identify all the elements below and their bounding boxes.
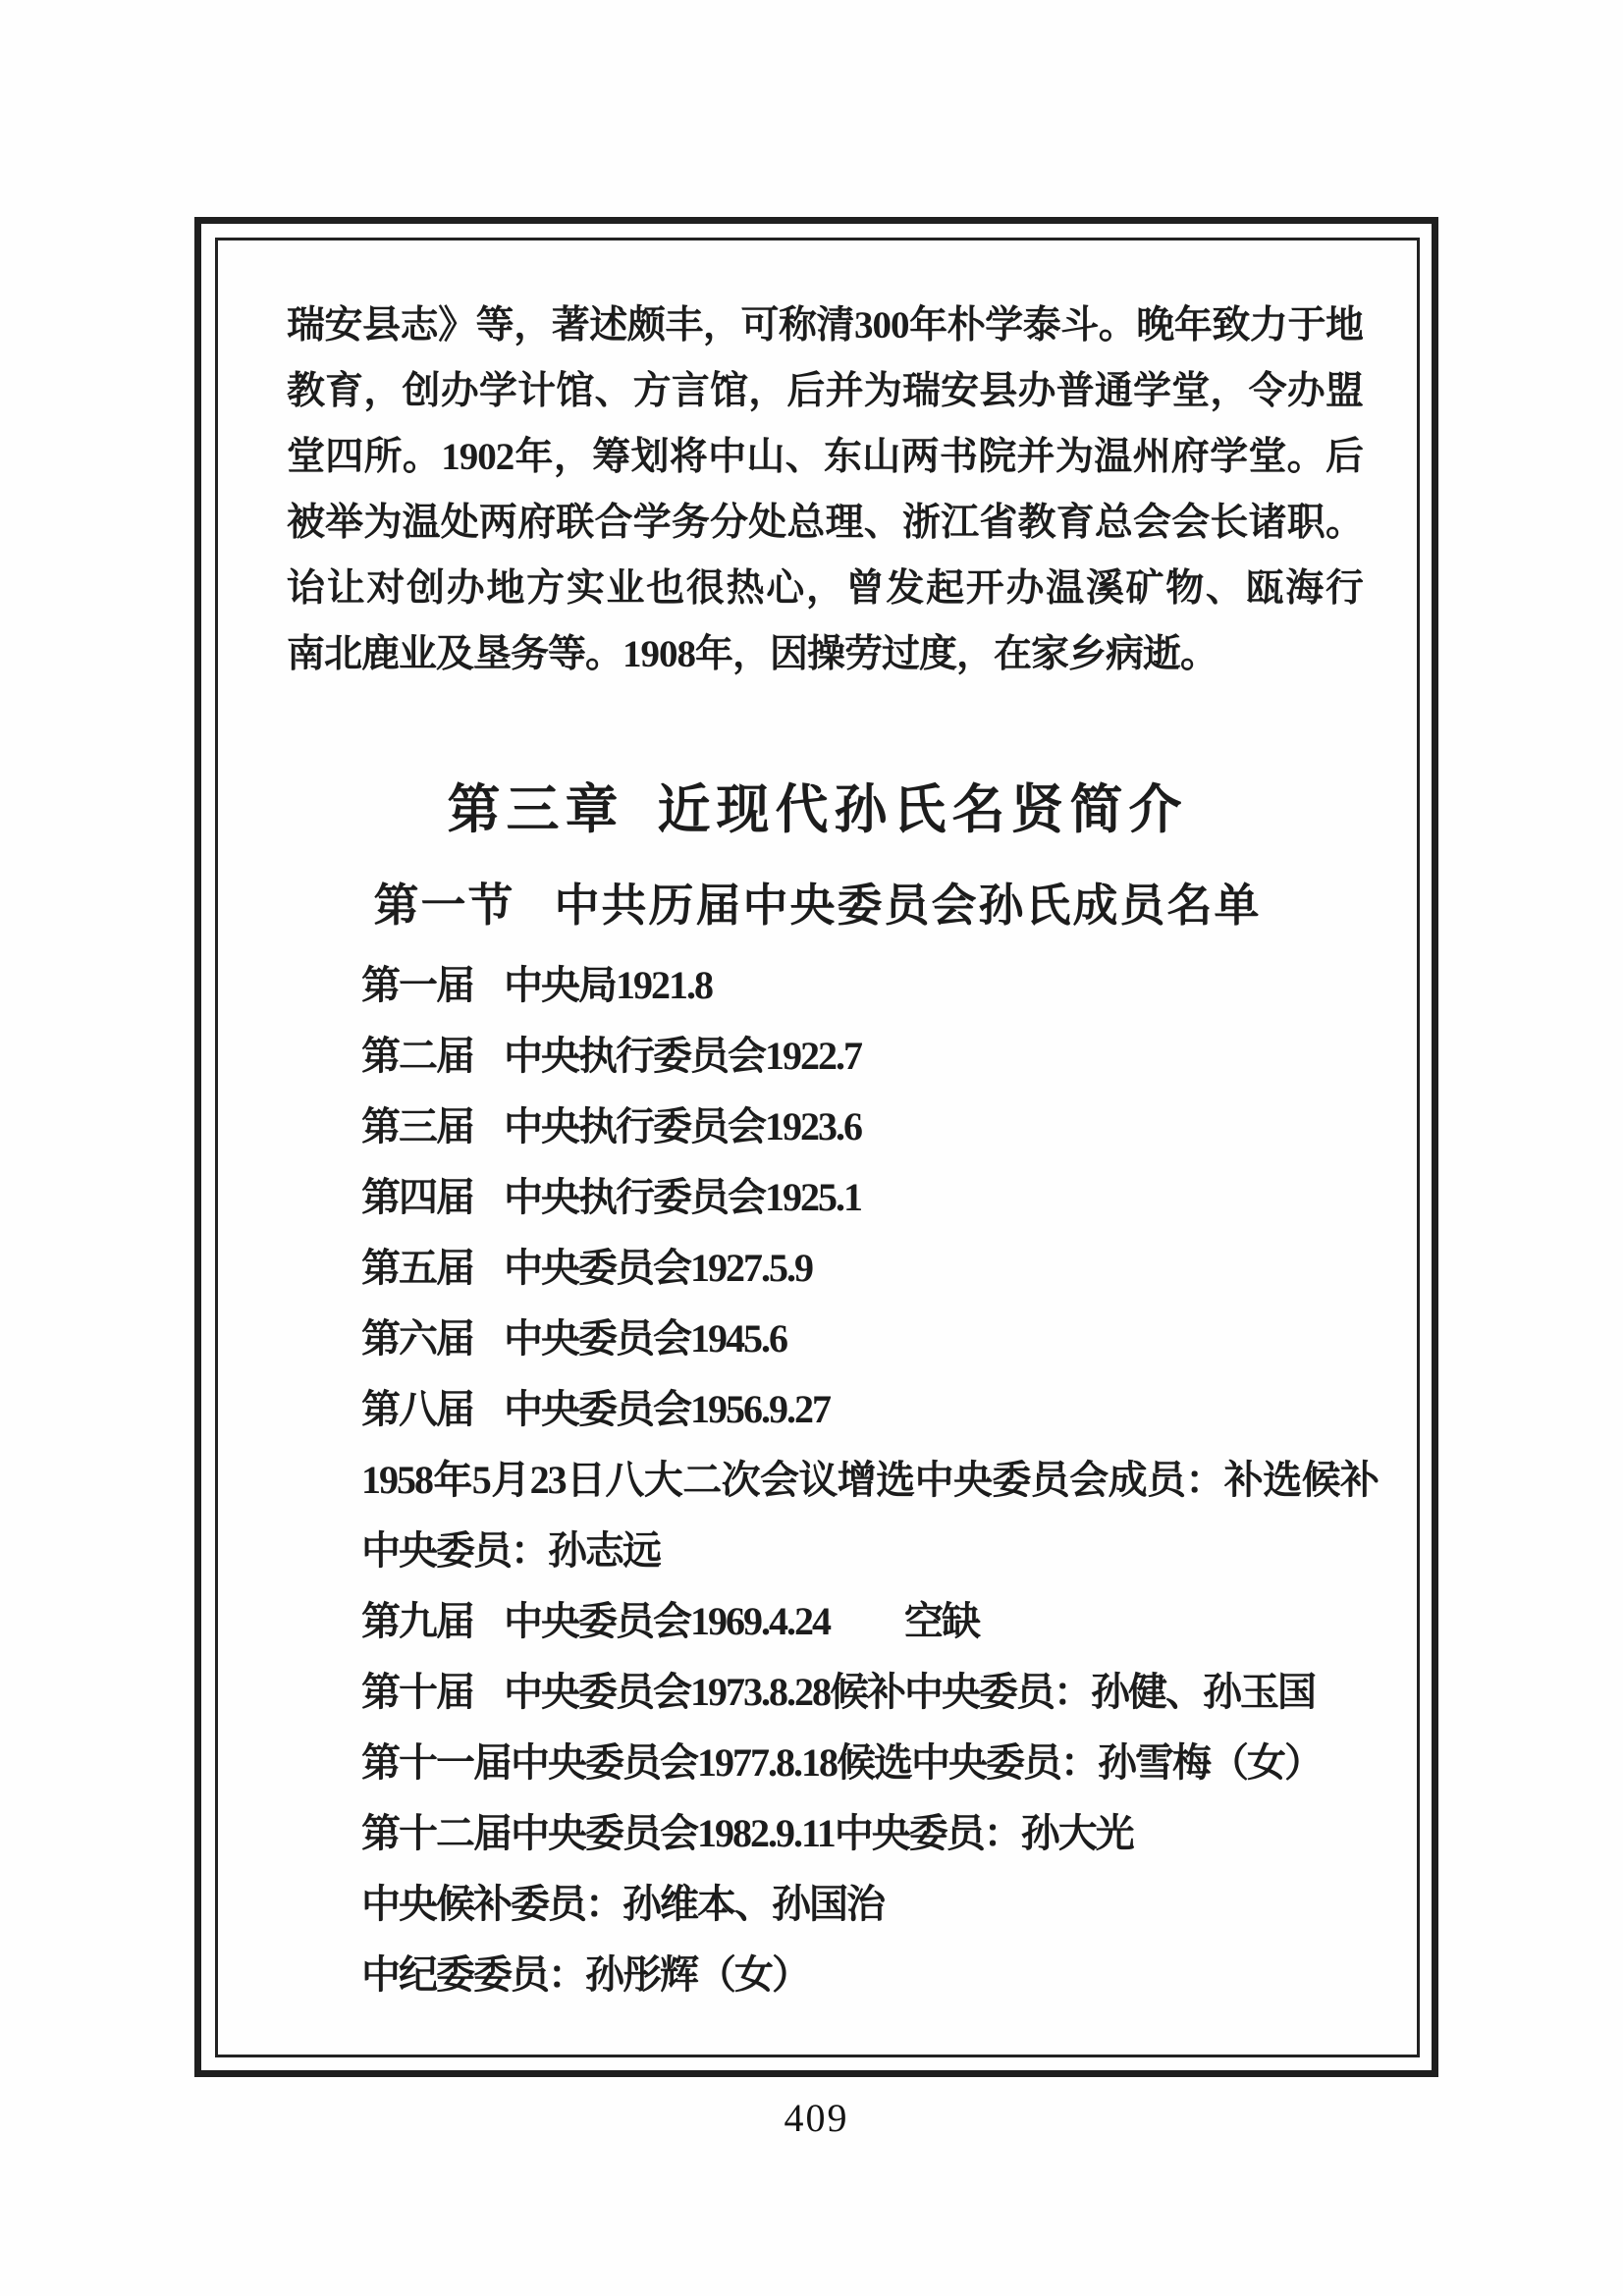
page-border-inner: 瑞安县志》等，著述颇丰，可称清300年朴学泰斗。晚年致力于地方 教育，创办学计馆… [215,238,1420,2057]
roster-row-text: 中央委员会1982.9.11中央委员：孙大光 [511,1811,1133,1855]
roster-row-text: 中央委员会1977.8.18候选中央委员：孙雪梅（女） [511,1740,1322,1785]
chapter-heading: 第三章近现代孙氏名贤简介 [218,779,1417,840]
roster-row: 第六届中央委员会1945.6 [361,1304,1380,1374]
roster-row-label: 第九届 [361,1586,504,1657]
chapter-number: 第三章 [448,780,624,839]
chapter-title: 近现代孙氏名贤简介 [658,780,1188,839]
roster-row: 第九届中央委员会1969.4.24 空缺 [361,1586,1380,1657]
paragraph-line: 瑞安县志》等，著述颇丰，可称清300年朴学泰斗。晚年致力于地方 [287,293,1363,358]
roster-row: 中纪委委员：孙彤辉（女） [361,1940,1380,2010]
roster-row-label: 第十二届 [361,1798,511,1869]
section-heading: 第一节中共历届中央委员会孙氏成员名单 [218,881,1417,932]
roster-row: 第二届中央执行委员会1922.7 [361,1021,1380,1092]
roster-row: 第十届中央委员会1973.8.28候补中央委员：孙健、孙玉国 [361,1657,1380,1728]
roster-row: 第三届中央执行委员会1923.6 [361,1092,1380,1162]
roster-row-label: 第八届 [361,1374,504,1445]
roster-row: 第十二届中央委员会1982.9.11中央委员：孙大光 [361,1798,1380,1869]
roster-row-label: 第五届 [361,1233,504,1304]
roster-row-text: 中央委员会1969.4.24 空缺 [504,1599,979,1643]
paragraph-line: 南北鹿业及垦务等。1908年，因操劳过度，在家乡病逝。 [287,621,1363,687]
roster-row: 第五届中央委员会1927.5.9 [361,1233,1380,1304]
roster-row-text: 中央委员会1956.9.27 [504,1387,830,1431]
roster-row-label: 第一届 [361,950,504,1021]
roster-row-text: 中央执行委员会1923.6 [504,1104,861,1148]
document-page: 瑞安县志》等，著述颇丰，可称清300年朴学泰斗。晚年致力于地方 教育，创办学计馆… [0,0,1623,2296]
roster-row-text: 中央委员会1973.8.28候补中央委员：孙健、孙玉国 [504,1670,1315,1714]
roster-row-text: 中央候补委员：孙维本、孙国治 [361,1882,884,1926]
section-number: 第一节 [374,881,515,931]
roster-row: 第八届中央委员会1956.9.27 [361,1374,1380,1445]
roster-row-label: 第十一届 [361,1728,511,1798]
roster-row-text: 中央局1921.8 [504,963,712,1007]
roster-row: 第一届中央局1921.8 [361,950,1380,1021]
paragraph-line: 诒让对创办地方实业也很热心，曾发起开办温溪矿物、瓯海行业、 [287,556,1363,621]
roster-row-label: 第三届 [361,1092,504,1162]
roster-row-label: 第二届 [361,1021,504,1092]
section-title: 中共历届中央委员会孙氏成员名单 [555,881,1262,931]
roster-row-text: 中央执行委员会1922.7 [504,1034,861,1078]
roster-row-label: 第六届 [361,1304,504,1374]
roster-row-label: 第十届 [361,1657,504,1728]
roster-row-text: 1958年5月23日八大二次会议增选中央委员会成员：补选候补中央委员：孙志远 [361,1458,1378,1573]
roster-row: 中央候补委员：孙维本、孙国治 [361,1869,1380,1940]
paragraph-line: 被举为温处两府联合学务分处总理、浙江省教育总会会长诸职。孙 [287,490,1363,556]
roster-row: 1958年5月23日八大二次会议增选中央委员会成员：补选候补中央委员：孙志远 [361,1445,1378,1586]
page-border-outer: 瑞安县志》等，著述颇丰，可称清300年朴学泰斗。晚年致力于地方 教育，创办学计馆… [194,217,1438,2077]
body-paragraph: 瑞安县志》等，著述颇丰，可称清300年朴学泰斗。晚年致力于地方 教育，创办学计馆… [218,293,1417,687]
paragraph-line: 堂四所。1902年，筹划将中山、东山两书院并为温州府学堂。后又 [287,424,1363,490]
paragraph-line: 教育，创办学计馆、方言馆，后并为瑞安县办普通学堂，令办盟学 [287,358,1363,424]
roster-row-text: 中央执行委员会1925.1 [504,1175,861,1219]
roster-row-label: 第四届 [361,1162,504,1233]
roster-row-text: 中央委员会1945.6 [504,1316,786,1361]
roster-row: 第十一届中央委员会1977.8.18候选中央委员：孙雪梅（女） [361,1728,1380,1798]
roster-row-text: 中央委员会1927.5.9 [504,1246,812,1290]
roster-list: 第一届中央局1921.8 第二届中央执行委员会1922.7 第三届中央执行委员会… [218,950,1417,2010]
roster-row-text: 中纪委委员：孙彤辉（女） [361,1952,809,1997]
page-content: 瑞安县志》等，著述颇丰，可称清300年朴学泰斗。晚年致力于地方 教育，创办学计馆… [218,240,1417,2055]
roster-row: 第四届中央执行委员会1925.1 [361,1162,1380,1233]
page-number: 409 [194,2089,1438,2148]
